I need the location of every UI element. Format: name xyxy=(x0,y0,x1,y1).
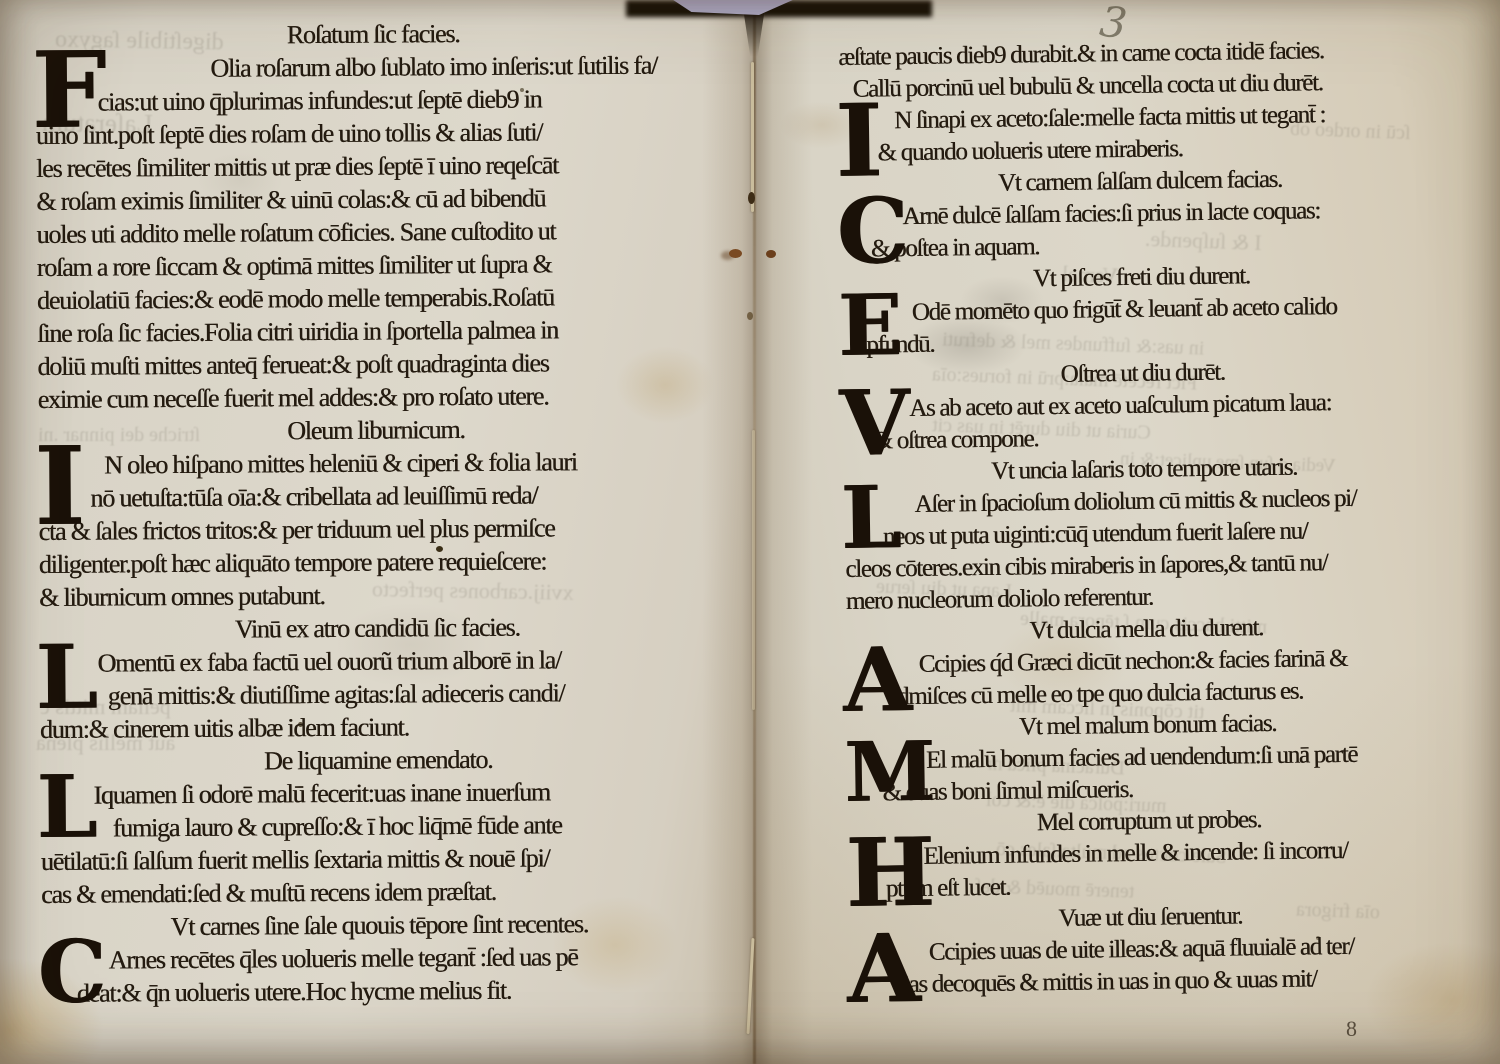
paragraph: EOdē momēto quo frigūt̄ & leuant̄ ab ace… xyxy=(842,290,1443,362)
text-line: ſine roſa ſic facies.Folia citri uiridia… xyxy=(37,312,713,350)
text-line: Olia roſarum albo ſublato imo inſeris:ut… xyxy=(35,48,711,86)
paragraph: ACcipies q́d Græci dicūt nechon:& facies… xyxy=(846,642,1447,714)
text-line: Arnes recētes q̄les uolueris melle tegan… xyxy=(41,939,717,977)
stitch-thread-top xyxy=(751,62,754,212)
right-page-text: æſtate paucis dieb9 durabit.& in carne c… xyxy=(838,34,1451,1002)
text-line: doliū muſti mittes anteq̄ ferueat:& poſt… xyxy=(37,345,713,383)
text-line: deuiolatiū facies:& eodē modo melle temp… xyxy=(37,279,713,317)
paragraph: IN ſinapi ex aceto:ſale:melle facta mitt… xyxy=(839,98,1440,170)
text-line: les recētes ſimiliter mittis ut præ dies… xyxy=(36,147,712,185)
section-heading: Vinū ex atro candidū ſic facies. xyxy=(39,609,715,647)
text-line: cas & emendati:ſed & muſtū recens idem p… xyxy=(41,873,717,911)
book-photo: { "annotations": { "handwritten_page_num… xyxy=(0,0,1500,1064)
paragraph: LAſer in ſpacioſum doliolum cū mittis & … xyxy=(844,482,1446,618)
drop-cap-initial: L xyxy=(36,773,97,844)
drop-cap-initial: I xyxy=(835,99,883,182)
left-page-text: Roſatum ſic facies.FOlia roſarum albo ſu… xyxy=(35,15,718,1010)
stitch-thread-middle xyxy=(752,430,755,710)
paragraph: IN oleo hiſpano mittes heleniū & ciperi … xyxy=(38,444,715,614)
drop-cap-initial: C xyxy=(836,195,909,270)
section-heading: Vt carnes ſine ſale quouis tēpore ſint r… xyxy=(41,906,717,944)
text-line: dum:& cinerem uitis albæ idem faciunt. xyxy=(40,708,716,746)
text-line: Iquamen ſi odorē malū fecerit:uas inane … xyxy=(40,774,716,812)
paragraph: CArnē dulcē ſalſam facies:ſi prius in la… xyxy=(840,194,1441,266)
text-line: fumiga lauro & cupreſſo:& ī hoc liq̄mē f… xyxy=(41,807,717,845)
drop-cap-initial: I xyxy=(34,443,85,532)
text-line: uētilatū:ſi ſalſum fuerit mellis ſextari… xyxy=(41,840,717,878)
text-line: nō uetuſta:tūſa oīa:& cribellata ad leui… xyxy=(38,477,714,515)
text-line: cias:ut uino q̄plurimas infundes:ut ſept… xyxy=(35,81,711,119)
text-line: cta & ſales frictos tritos:& per triduum… xyxy=(38,510,714,548)
right-page: æſtate paucis dieb9 durabit.& in carne c… xyxy=(752,0,1500,1064)
drop-cap-initial: L xyxy=(35,641,97,714)
drop-cap-initial: E xyxy=(837,291,902,361)
text-line: uoles uti addito melle roſatum cōficies.… xyxy=(36,213,712,251)
section-heading: De liquamine emendato. xyxy=(40,741,716,779)
paragraph: VAs ab aceto aut ex aceto uaſculum picat… xyxy=(843,386,1444,458)
paragraph: HElenium infundes in melle & incende: ſi… xyxy=(849,834,1450,906)
paragraph: CArnes recētes q̄les uolueris melle tega… xyxy=(41,939,717,1010)
stitch-hole-lower xyxy=(747,312,753,320)
drop-cap-initial: V xyxy=(839,387,910,462)
paragraph: ACcipies uuas de uite illeas:& aquā fluu… xyxy=(851,930,1452,1002)
text-line: uino ſint.poſt ſeptē dies roſam de uino … xyxy=(36,114,712,152)
left-page: Roſatum ſic facies.FOlia roſarum albo ſu… xyxy=(0,0,752,1064)
signature-mark: 8 xyxy=(1346,1016,1357,1042)
drop-cap-initial: A xyxy=(842,643,911,716)
text-line: diligenter.poſt hæc aliquāto tempore pat… xyxy=(39,543,715,581)
text-line: & liburnicum omnes putabunt. xyxy=(39,576,715,614)
drop-cap-initial: L xyxy=(840,483,901,554)
paragraph: FOlia roſarum albo ſublato imo inſeris:u… xyxy=(35,48,714,416)
paragraph: LIquamen ſi odorē malū fecerit:uas inane… xyxy=(40,774,717,911)
paragraph: MEl malū bonum facies ad uendendum:ſi un… xyxy=(848,738,1449,810)
text-line: eximie cum neceſſe fuerit mel addes:& pr… xyxy=(38,378,714,416)
drop-cap-initial: M xyxy=(844,739,936,807)
drop-cap-initial: C xyxy=(37,938,106,1009)
stitch-knot-right xyxy=(766,250,776,258)
section-heading: Oleum liburnicum. xyxy=(38,411,714,449)
text-line: & roſam eximis ſimiliter & uinū colas:& … xyxy=(36,180,712,218)
drop-cap-initial: A xyxy=(846,931,920,1009)
drop-cap-initial: H xyxy=(845,835,935,913)
book-spread: Roſatum ſic facies.FOlia roſarum albo ſu… xyxy=(0,0,1500,1064)
stitch-knot-left xyxy=(729,249,742,258)
section-heading: Roſatum ſic facies. xyxy=(35,15,711,53)
text-line: genā mittis:& diutiſſime agitas:ſal adie… xyxy=(40,675,716,713)
text-line: Omentū ex faba factū uel ouorũ trium alb… xyxy=(39,642,715,680)
text-line: deat:& q̄n uolueris utere.Hoc hycme meli… xyxy=(42,972,718,1010)
text-line: roſam a rore ſiccam & optimā mittes ſimi… xyxy=(37,246,713,284)
drop-cap-initial: F xyxy=(31,47,106,134)
text-line: N oleo hiſpano mittes heleniū & ciperi &… xyxy=(38,444,714,482)
paragraph: LOmentū ex faba factū uel ouorũ trium al… xyxy=(39,642,716,746)
stitch-hole-upper xyxy=(748,192,755,204)
